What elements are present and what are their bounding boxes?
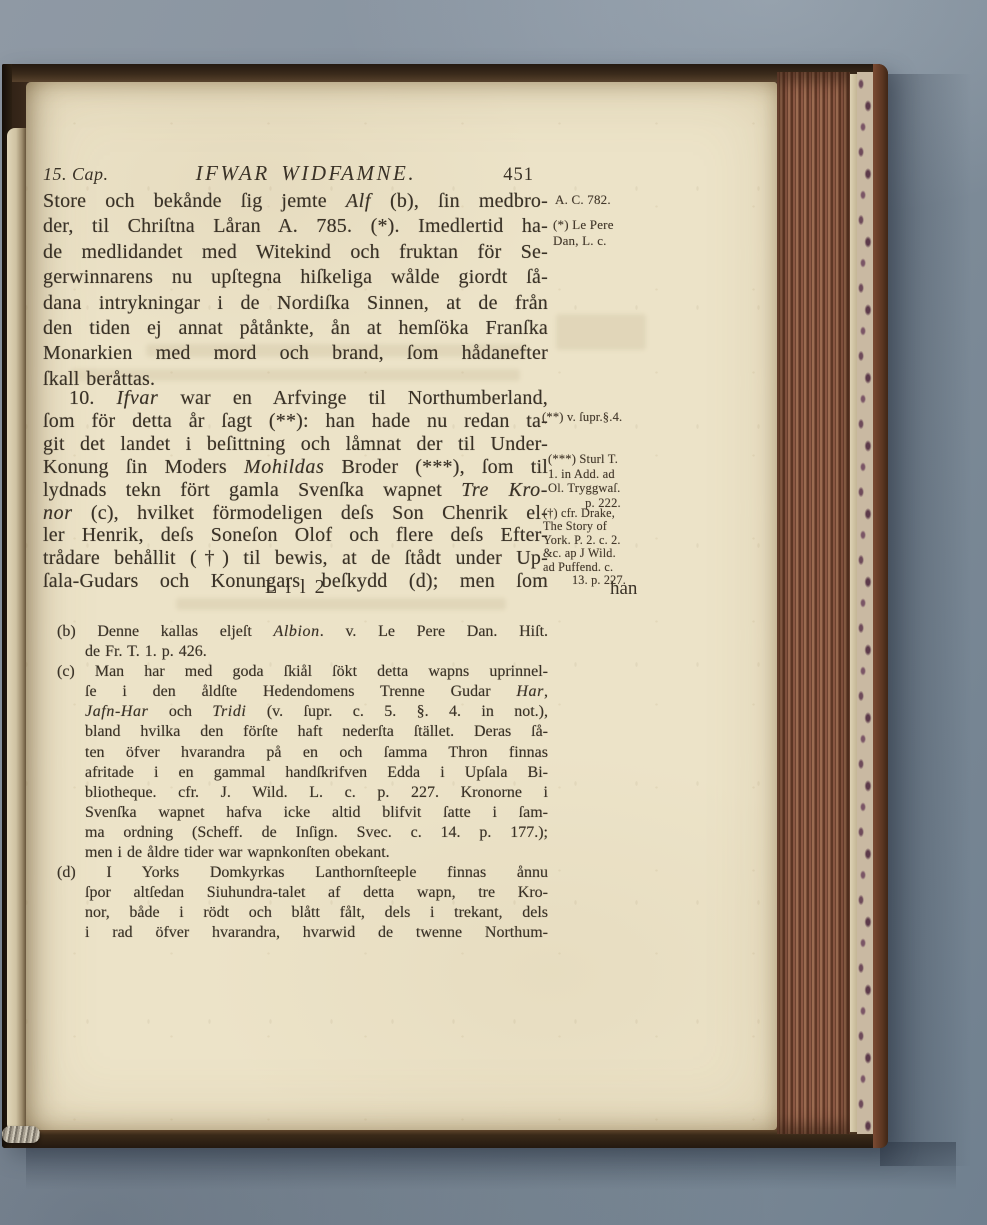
margin-note-triple-star: (***) Sturl T.1. in Add. adOl. Tryggwaſ.… [548,452,658,510]
page-number: 451 [503,165,548,186]
text-line: (†) cfr. Drake, [543,507,655,520]
text-line: (d) I Yorks Domkyrkas Lanthornſteeple fi… [57,863,548,883]
chapter-label: 15. Cap. [43,164,109,185]
running-title: IFWAR WIDFAMNE. [109,161,504,186]
margin-note-double-star: (**) v. ſupr.§.4. [542,410,666,425]
leather-cover-edge [873,64,888,1148]
signature-mark: L l l 2 [265,576,327,599]
text-line: Dan, L. c. [553,233,663,249]
text-line: ad Puffend. c. [543,561,655,574]
book-bottom-leather-edge [2,1128,888,1148]
text-line: lydnads tekn fört gamla Svenſka wapnet T… [43,479,548,502]
text-line: Monarkien med mord och brand, ſom hådane… [43,341,548,366]
text-line: ſom för detta år ſagt (**): han hade nu … [43,410,548,433]
text-line: Jafn-Har och Tridi (v. ſupr. c. 5. §. 4.… [57,702,548,722]
book-cast-shadow-right [880,74,984,1166]
page-block-fore-edge [777,72,850,1134]
text-line: (b) Denne kallas eljeſt Albion. v. Le Pe… [57,622,548,642]
text-line: 1. in Add. ad [548,467,658,482]
text-line: bland hvilka den förſte haft nederſta ſt… [57,722,548,742]
text-line: (**) v. ſupr.§.4. [542,410,666,425]
running-header: 15. Cap. IFWAR WIDFAMNE. 451 [43,161,548,186]
book-cast-shadow-bottom [26,1142,956,1190]
text-line: A. C. 782. [555,193,665,208]
margin-note-dagger: (†) cfr. Drake,The Story ofYork. P. 2. c… [543,507,655,587]
text-line: trådare behållit (†) til bewis, at de ſt… [43,547,548,570]
text-line: nor (c), hvilket förmodeligen deſs Son C… [43,502,548,525]
text-line: de medlidandet med Witekind och fruktan … [43,240,548,265]
margin-note-year: A. C. 782. [555,193,665,208]
text-line: (*) Le Pere [553,217,663,233]
text-line: men i de åldre tider war wapnkonſten obe… [57,843,548,863]
show-through-smudge [556,314,646,350]
text-line: ma ordning (Scheff. de Inſign. Svec. c. … [57,823,548,843]
text-line: Store och bekånde ſig jemte Alf (b), ſin… [43,189,548,214]
margin-note-star: (*) Le PereDan, L. c. [553,217,663,248]
text-line: der, til Chriſtna Låran A. 785. (*). Ime… [43,214,548,239]
text-line: den tiden ej annat påtånkte, ån at hemſö… [43,316,548,341]
paragraph-1: Store och bekånde ſig jemte Alf (b), ſin… [43,189,548,392]
text-line: (***) Sturl T. [548,452,658,467]
text-line: gerwinnarens nu upſtegna hiſkeliga wålde… [43,265,548,290]
text-line: bliotheque. cfr. J. Wild. L. c. p. 227. … [57,783,548,803]
text-line: de Fr. T. 1. p. 426. [57,642,548,662]
text-line: The Story of [543,520,655,533]
fore-edge-paper-strip [850,74,857,1132]
text-line: i rad öfver hvarandra, hvarwid de twenne… [57,923,548,943]
text-line: York. P. 2. c. 2. [543,534,655,547]
text-line: ſpor altſedan Siuhundra-talet af detta w… [57,883,548,903]
text-line: nor, både i rödt och blått fålt, dels i … [57,903,548,923]
text-line: 13. p. 227. [543,574,655,587]
book: 15. Cap. IFWAR WIDFAMNE. 451 Store och b… [2,64,888,1148]
text-line: dana intrykningar i de Nordiſka Sinnen, … [43,291,548,316]
paragraph-2: 10. Ifvar war en Arfvinge til Northumber… [43,387,548,593]
marbled-endpaper-edge [857,72,873,1134]
book-top-leather-edge [2,64,888,82]
clasp-ornament [2,1126,40,1143]
text-line: ler Henrik, deſs Soneſon Olof och flere … [43,524,548,547]
text-line: Konung ſin Moders Mohildas Broder (***),… [43,456,548,479]
text-line: ſe i den åldſte Hedendomens Trenne Gudar… [57,682,548,702]
book-page: 15. Cap. IFWAR WIDFAMNE. 451 Store och b… [26,82,777,1130]
facing-page-edge [7,128,27,1132]
text-line: &c. ap J Wild. [543,547,655,560]
text-line: git det landet i beſittning och låmnat d… [43,433,548,456]
text-line: Svenſka wapnet hafva icke altid blifvit … [57,803,548,823]
show-through-smudge [176,598,506,610]
text-line: ten öfver hvarandra på en och ſamma Thro… [57,743,548,763]
text-line: afritade i en gammal handſkrifven Edda i… [57,763,548,783]
photo-background: 15. Cap. IFWAR WIDFAMNE. 451 Store och b… [0,0,987,1225]
text-line: (c) Man har med goda ſkiål ſökt detta wa… [57,662,548,682]
text-line: Ol. Tryggwaſ. [548,481,658,496]
text-line: 10. Ifvar war en Arfvinge til Northumber… [43,387,548,410]
footnotes-block: (b) Denne kallas eljeſt Albion. v. Le Pe… [57,622,548,944]
